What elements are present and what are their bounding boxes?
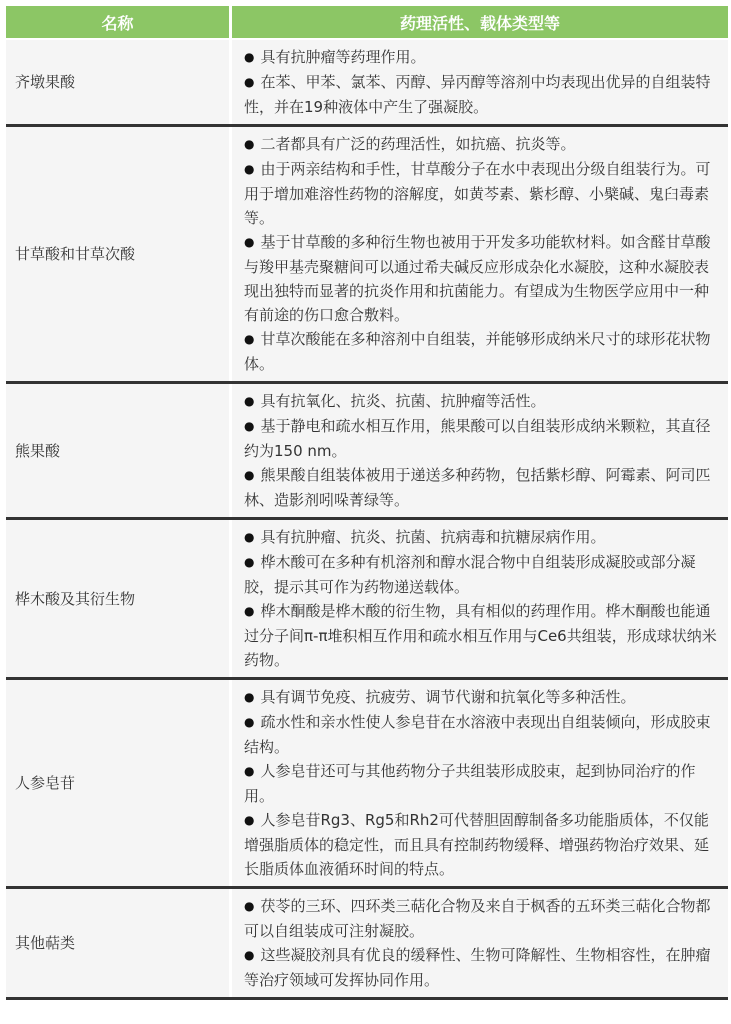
row-name: 其他萜类	[6, 888, 231, 999]
bullet-text: 基于甘草酸的多种衍生物也被用于开发多功能软材料。如含醛甘草酸与羧甲基壳聚糖间可以…	[244, 233, 711, 324]
bullet-text: 具有抗氧化、抗炎、抗菌、抗肿瘤等活性。	[260, 392, 545, 410]
bullet-item: ●茯苓的三环、四环类三萜化合物及来自于枫香的五环类三萜化合物都可以自组装成可注射…	[244, 894, 718, 943]
bullet-text: 在苯、甲苯、氯苯、丙醇、异丙醇等溶剂中均表现出优异的自组装特性，并在19种液体中…	[244, 73, 711, 116]
bullet-icon: ●	[244, 327, 254, 351]
bullet-text: 这些凝胶剂具有优良的缓释性、生物可降解性、生物相容性，在肿瘤等治疗领域可发挥协同…	[244, 946, 711, 989]
bullet-text: 人参皂苷还可与其他药物分子共组装形成胶束，起到协同治疗的作用。	[244, 762, 696, 805]
bullet-icon: ●	[244, 525, 254, 549]
row-content: ●具有调节免疫、抗疲劳、调节代谢和抗氧化等多种活性。 ●疏水性和亲水性使人参皂苷…	[231, 679, 729, 888]
page: 名称 药理活性、载体类型等 齐墩果酸 ●具有抗肿瘤等药理作用。 ●在苯、甲苯、氯…	[0, 0, 731, 1024]
header-row: 名称 药理活性、载体类型等	[6, 6, 728, 39]
bullet-text: 桦木酮酸是桦木酸的衍生物，具有相似的药理作用。桦木酮酸也能通过分子间π-π堆积相…	[244, 602, 717, 669]
table-body: 齐墩果酸 ●具有抗肿瘤等药理作用。 ●在苯、甲苯、氯苯、丙醇、异丙醇等溶剂中均表…	[6, 39, 728, 999]
bullet-item: ●具有调节免疫、抗疲劳、调节代谢和抗氧化等多种活性。	[244, 685, 718, 710]
bullet-item: ●由于两亲结构和手性，甘草酸分子在水中表现出分级自组装行为。可用于增加难溶性药物…	[244, 157, 718, 230]
bullet-text: 由于两亲结构和手性，甘草酸分子在水中表现出分级自组装行为。可用于增加难溶性药物的…	[244, 160, 711, 227]
bullet-item: ●基于甘草酸的多种衍生物也被用于开发多功能软材料。如含醛甘草酸与羧甲基壳聚糖间可…	[244, 230, 718, 327]
row-content: ●具有抗肿瘤等药理作用。 ●在苯、甲苯、氯苯、丙醇、异丙醇等溶剂中均表现出优异的…	[231, 39, 729, 126]
header-cell-name: 名称	[6, 6, 231, 39]
bullet-icon: ●	[244, 759, 254, 783]
bullet-text: 具有抗肿瘤、抗炎、抗菌、抗病毒和抗糖尿病作用。	[260, 528, 605, 546]
table-row: 齐墩果酸 ●具有抗肿瘤等药理作用。 ●在苯、甲苯、氯苯、丙醇、异丙醇等溶剂中均表…	[6, 39, 728, 126]
bullet-item: ●桦木酸可在多种有机溶剂和醇水混合物中自组装形成凝胶或部分凝胶，提示其可作为药物…	[244, 550, 718, 599]
bullet-icon: ●	[244, 599, 254, 623]
bullet-icon: ●	[244, 808, 254, 832]
bullet-item: ●基于静电和疏水相互作用，熊果酸可以自组装形成纳米颗粒，其直径约为150 nm。	[244, 414, 718, 463]
bullet-icon: ●	[244, 894, 254, 918]
bullet-text: 具有调节免疫、抗疲劳、调节代谢和抗氧化等多种活性。	[260, 688, 635, 706]
row-name: 桦木酸及其衍生物	[6, 519, 231, 679]
bullet-item: ●具有抗肿瘤等药理作用。	[244, 45, 718, 70]
bullet-icon: ●	[244, 157, 254, 181]
row-content: ●具有抗肿瘤、抗炎、抗菌、抗病毒和抗糖尿病作用。 ●桦木酸可在多种有机溶剂和醇水…	[231, 519, 729, 679]
bullet-icon: ●	[244, 463, 254, 487]
bullet-text: 甘草次酸能在多种溶剂中自组装，并能够形成纳米尺寸的球形花状物体。	[244, 330, 711, 373]
bullet-item: ●桦木酮酸是桦木酸的衍生物，具有相似的药理作用。桦木酮酸也能通过分子间π-π堆积…	[244, 599, 718, 672]
header-cell-activity: 药理活性、载体类型等	[231, 6, 729, 39]
bullet-item: ●人参皂苷Rg3、Rg5和Rh2可代替胆固醇制备多功能脂质体，不仅能增强脂质体的…	[244, 808, 718, 881]
bullet-text: 茯苓的三环、四环类三萜化合物及来自于枫香的五环类三萜化合物都可以自组装成可注射凝…	[244, 897, 711, 940]
bullet-icon: ●	[244, 389, 254, 413]
bullet-icon: ●	[244, 45, 254, 69]
row-name: 熊果酸	[6, 383, 231, 519]
bullet-item: ●二者都具有广泛的药理活性，如抗癌、抗炎等。	[244, 132, 718, 157]
row-content: ●茯苓的三环、四环类三萜化合物及来自于枫香的五环类三萜化合物都可以自组装成可注射…	[231, 888, 729, 999]
bullet-icon: ●	[244, 550, 254, 574]
bullet-icon: ●	[244, 70, 254, 94]
table-row: 甘草酸和甘草次酸 ●二者都具有广泛的药理活性，如抗癌、抗炎等。 ●由于两亲结构和…	[6, 126, 728, 383]
terpenoid-activity-table: 名称 药理活性、载体类型等 齐墩果酸 ●具有抗肿瘤等药理作用。 ●在苯、甲苯、氯…	[6, 6, 728, 1000]
bullet-icon: ●	[244, 414, 254, 438]
row-content: ●二者都具有广泛的药理活性，如抗癌、抗炎等。 ●由于两亲结构和手性，甘草酸分子在…	[231, 126, 729, 383]
bullet-item: ●熊果酸自组装体被用于递送多种药物，包括紫杉醇、阿霉素、阿司匹林、造影剂吲哚菁绿…	[244, 463, 718, 512]
bullet-text: 二者都具有广泛的药理活性，如抗癌、抗炎等。	[260, 135, 575, 153]
bullet-icon: ●	[244, 710, 254, 734]
bullet-text: 基于静电和疏水相互作用，熊果酸可以自组装形成纳米颗粒，其直径约为150 nm。	[244, 417, 711, 460]
bullet-item: ●具有抗肿瘤、抗炎、抗菌、抗病毒和抗糖尿病作用。	[244, 525, 718, 550]
bullet-text: 疏水性和亲水性使人参皂苷在水溶液中表现出自组装倾向，形成胶束结构。	[244, 713, 711, 756]
bullet-item: ●这些凝胶剂具有优良的缓释性、生物可降解性、生物相容性，在肿瘤等治疗领域可发挥协…	[244, 943, 718, 992]
bullet-item: ●人参皂苷还可与其他药物分子共组装形成胶束，起到协同治疗的作用。	[244, 759, 718, 808]
row-content: ●具有抗氧化、抗炎、抗菌、抗肿瘤等活性。 ●基于静电和疏水相互作用，熊果酸可以自…	[231, 383, 729, 519]
bullet-text: 熊果酸自组装体被用于递送多种药物，包括紫杉醇、阿霉素、阿司匹林、造影剂吲哚菁绿等…	[244, 466, 711, 509]
bullet-item: ●甘草次酸能在多种溶剂中自组装，并能够形成纳米尺寸的球形花状物体。	[244, 327, 718, 376]
row-name: 甘草酸和甘草次酸	[6, 126, 231, 383]
row-name: 人参皂苷	[6, 679, 231, 888]
bullet-item: ●疏水性和亲水性使人参皂苷在水溶液中表现出自组装倾向，形成胶束结构。	[244, 710, 718, 759]
bullet-icon: ●	[244, 943, 254, 967]
table-row: 桦木酸及其衍生物 ●具有抗肿瘤、抗炎、抗菌、抗病毒和抗糖尿病作用。 ●桦木酸可在…	[6, 519, 728, 679]
bullet-text: 桦木酸可在多种有机溶剂和醇水混合物中自组装形成凝胶或部分凝胶，提示其可作为药物递…	[244, 553, 696, 596]
table-row: 熊果酸 ●具有抗氧化、抗炎、抗菌、抗肿瘤等活性。 ●基于静电和疏水相互作用，熊果…	[6, 383, 728, 519]
bullet-item: ●具有抗氧化、抗炎、抗菌、抗肿瘤等活性。	[244, 389, 718, 414]
bullet-text: 具有抗肿瘤等药理作用。	[260, 48, 425, 66]
row-name: 齐墩果酸	[6, 39, 231, 126]
table-header: 名称 药理活性、载体类型等	[6, 6, 728, 39]
bullet-item: ●在苯、甲苯、氯苯、丙醇、异丙醇等溶剂中均表现出优异的自组装特性，并在19种液体…	[244, 70, 718, 119]
table-row: 其他萜类 ●茯苓的三环、四环类三萜化合物及来自于枫香的五环类三萜化合物都可以自组…	[6, 888, 728, 999]
table-row: 人参皂苷 ●具有调节免疫、抗疲劳、调节代谢和抗氧化等多种活性。 ●疏水性和亲水性…	[6, 679, 728, 888]
bullet-icon: ●	[244, 132, 254, 156]
bullet-icon: ●	[244, 685, 254, 709]
bullet-text: 人参皂苷Rg3、Rg5和Rh2可代替胆固醇制备多功能脂质体，不仅能增强脂质体的稳…	[244, 811, 709, 878]
bullet-icon: ●	[244, 230, 254, 254]
